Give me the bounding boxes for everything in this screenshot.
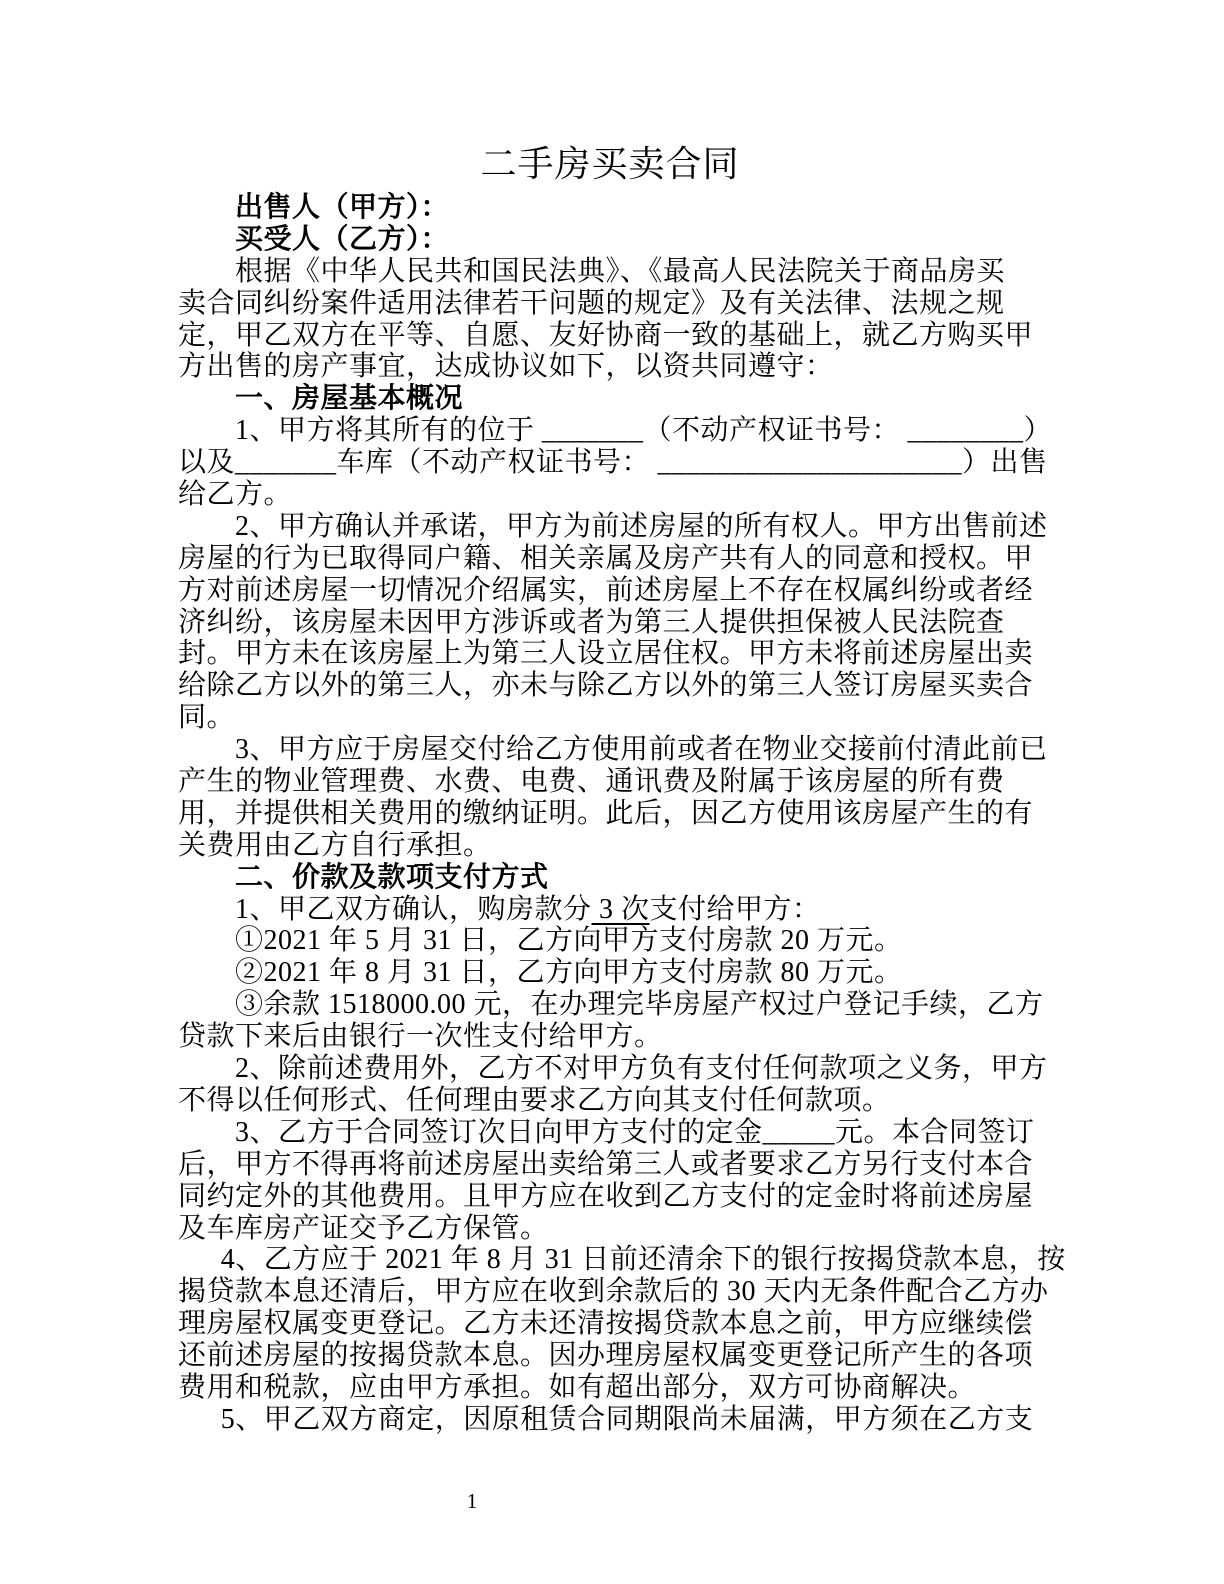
text-run: 方出售的房产事宜，达成协议如下，以资共同遵守： bbox=[178, 351, 834, 382]
text-run: 济纠纷，该房屋未因甲方涉诉或者为第三人提供担保被人民法院查 bbox=[178, 607, 1005, 638]
contract-document-page: 二手房买卖合同 出售人（甲方）：买受人（乙方）：根据《中华人民共和国民法典》、《… bbox=[0, 0, 1224, 1584]
text-run: 给除乙方以外的第三人，亦未与除乙方以外的第三人签订房屋买卖合 bbox=[178, 670, 1033, 701]
doc-line: 给乙方。 bbox=[178, 479, 1058, 511]
text-run: 同约定外的其他费用。且甲方应在收到乙方支付的定金时将前述房屋 bbox=[178, 1181, 1033, 1212]
text-run: 4、乙方应于 2021 年 8 月 31 日前还清余下的银行按揭贷款本息，按 bbox=[221, 1244, 1066, 1275]
text-run: ①2021 年 5 月 31 日，乙方向甲方支付房款 20 万元。 bbox=[235, 925, 903, 956]
text-run: 关费用由乙方自行承担。 bbox=[178, 830, 492, 861]
doc-line: 费用和税款，应由甲方承担。如有超出部分，双方可协商解决。 bbox=[178, 1372, 1058, 1404]
doc-line: 济纠纷，该房屋未因甲方涉诉或者为第三人提供担保被人民法院查 bbox=[178, 607, 1058, 639]
page-title: 二手房买卖合同 bbox=[178, 142, 1042, 186]
doc-line: 理房屋权属变更登记。乙方未还清按揭贷款本息之前，甲方应继续偿 bbox=[178, 1308, 1058, 1340]
doc-line: 3、乙方于合同签订次日向甲方支付的定金_____元。本合同签订 bbox=[178, 1117, 1058, 1149]
text-run: 2、除前述费用外，乙方不对甲方负有支付任何款项之义务，甲方 bbox=[235, 1053, 1048, 1084]
doc-line: 定，甲乙双方在平等、自愿、友好协商一致的基础上，就乙方购买甲 bbox=[178, 320, 1058, 352]
text-run: ③余款 1518000.00 元，在办理完毕房屋产权过户登记手续，乙方 bbox=[235, 989, 1044, 1020]
doc-line: 二、价款及款项支付方式 bbox=[178, 862, 1058, 894]
text-run: 揭贷款本息还清后，甲方应在收到余款后的 30 天内无条件配合乙方办 bbox=[178, 1276, 1049, 1307]
doc-line: 后，甲方不得再将前述房屋出卖给第三人或者要求乙方另行支付本合 bbox=[178, 1149, 1058, 1181]
doc-line: 一、房屋基本概况 bbox=[178, 383, 1058, 415]
text-run: 不得以任何形式、任何理由要求乙方向其支付任何款项。 bbox=[178, 1085, 891, 1116]
text-run: 3、乙方于合同签订次日向甲方支付的定金_____元。本合同签订 bbox=[235, 1117, 1035, 1148]
text-run: 方对前述房屋一切情况介绍属实，前述房屋上不存在权属纠纷或者经 bbox=[178, 575, 1033, 606]
doc-line: 4、乙方应于 2021 年 8 月 31 日前还清余下的银行按揭贷款本息，按 bbox=[178, 1244, 1058, 1276]
doc-line: 同。 bbox=[178, 702, 1058, 734]
doc-line: 卖合同纠纷案件适用法律若干问题的规定》及有关法律、法规之规 bbox=[178, 288, 1058, 320]
doc-line: 关费用由乙方自行承担。 bbox=[178, 830, 1058, 862]
text-run: 二、价款及款项支付方式 bbox=[235, 862, 549, 893]
doc-line: 用，并提供相关费用的缴纳证明。此后，因乙方使用该房屋产生的有 bbox=[178, 798, 1058, 830]
doc-line: 以及_______车库（不动产权证书号： ___________________… bbox=[178, 447, 1058, 479]
doc-line: 房屋的行为已取得同户籍、相关亲属及房产共有人的同意和授权。甲 bbox=[178, 543, 1058, 575]
doc-line: 及车库房产证交予乙方保管。 bbox=[178, 1213, 1058, 1245]
text-run: 出售人（甲方）： bbox=[235, 192, 449, 223]
text-run: 2、甲方确认并承诺，甲方为前述房屋的所有权人。甲方出售前述 bbox=[235, 511, 1048, 542]
text-run: 封。甲方未在该房屋上为第三人设立居住权。甲方未将前述房屋出卖 bbox=[178, 638, 1033, 669]
text-run: 产生的物业管理费、水费、电费、通讯费及附属于该房屋的所有费 bbox=[178, 766, 1005, 797]
doc-line: 买受人（乙方）： bbox=[178, 224, 1058, 256]
doc-line: 出售人（甲方）： bbox=[178, 192, 1058, 224]
text-run: 贷款下来后由银行一次性支付给甲方。 bbox=[178, 1021, 663, 1052]
text-run: 费用和税款，应由甲方承担。如有超出部分，双方可协商解决。 bbox=[178, 1372, 976, 1403]
text-run: 支付给甲方： bbox=[650, 894, 821, 925]
text-run: 用，并提供相关费用的缴纳证明。此后，因乙方使用该房屋产生的有 bbox=[178, 798, 1033, 829]
text-run: 根据《中华人民共和国民法典》、《最高人民法院关于商品房买 bbox=[235, 256, 1005, 287]
text-run: 同。 bbox=[178, 702, 235, 733]
text-run: 还前述房屋的按揭贷款本息。因办理房屋权属变更登记所产生的各项 bbox=[178, 1340, 1033, 1371]
text-run: 1、甲乙双方确认，购房款分 bbox=[235, 894, 592, 925]
text-run: 及车库房产证交予乙方保管。 bbox=[178, 1213, 549, 1244]
doc-line: 方出售的房产事宜，达成协议如下，以资共同遵守： bbox=[178, 351, 1058, 383]
doc-line: ①2021 年 5 月 31 日，乙方向甲方支付房款 20 万元。 bbox=[178, 925, 1058, 957]
text-run: 一、房屋基本概况 bbox=[235, 383, 463, 414]
doc-line: 同约定外的其他费用。且甲方应在收到乙方支付的定金时将前述房屋 bbox=[178, 1181, 1058, 1213]
text-run: 买受人（乙方）： bbox=[235, 224, 449, 255]
doc-line: 方对前述房屋一切情况介绍属实，前述房屋上不存在权属纠纷或者经 bbox=[178, 575, 1058, 607]
doc-line: 还前述房屋的按揭贷款本息。因办理房屋权属变更登记所产生的各项 bbox=[178, 1340, 1058, 1372]
text-run: 5、甲乙双方商定，因原租赁合同期限尚未届满，甲方须在乙方支 bbox=[221, 1404, 1034, 1435]
page-number: 1 bbox=[450, 1488, 494, 1514]
text-run: ②2021 年 8 月 31 日，乙方向甲方支付房款 80 万元。 bbox=[235, 957, 903, 988]
doc-line: 揭贷款本息还清后，甲方应在收到余款后的 30 天内无条件配合乙方办 bbox=[178, 1276, 1058, 1308]
text-run: 房屋的行为已取得同户籍、相关亲属及房产共有人的同意和授权。甲 bbox=[178, 543, 1033, 574]
text-run: 卖合同纠纷案件适用法律若干问题的规定》及有关法律、法规之规 bbox=[178, 288, 1005, 319]
text-run: 定，甲乙双方在平等、自愿、友好协商一致的基础上，就乙方购买甲 bbox=[178, 320, 1033, 351]
doc-line: 3、甲方应于房屋交付给乙方使用前或者在物业交接前付清此前已 bbox=[178, 734, 1058, 766]
doc-line: 产生的物业管理费、水费、电费、通讯费及附属于该房屋的所有费 bbox=[178, 766, 1058, 798]
doc-line: 5、甲乙双方商定，因原租赁合同期限尚未届满，甲方须在乙方支 bbox=[178, 1404, 1058, 1436]
text-run: 1、甲方将其所有的位于 _______（不动产权证书号： ________） bbox=[235, 415, 1052, 446]
doc-line: 1、甲方将其所有的位于 _______（不动产权证书号： ________） bbox=[178, 415, 1058, 447]
text-run: 给乙方。 bbox=[178, 479, 292, 510]
text-run: 理房屋权属变更登记。乙方未还清按揭贷款本息之前，甲方应继续偿 bbox=[178, 1308, 1033, 1339]
text-run: 3、甲方应于房屋交付给乙方使用前或者在物业交接前付清此前已 bbox=[235, 734, 1048, 765]
doc-line: 根据《中华人民共和国民法典》、《最高人民法院关于商品房买 bbox=[178, 256, 1058, 288]
doc-line: ②2021 年 8 月 31 日，乙方向甲方支付房款 80 万元。 bbox=[178, 957, 1058, 989]
text-run: 后，甲方不得再将前述房屋出卖给第三人或者要求乙方另行支付本合 bbox=[178, 1149, 1033, 1180]
doc-line: 2、除前述费用外，乙方不对甲方负有支付任何款项之义务，甲方 bbox=[178, 1053, 1058, 1085]
doc-line: ③余款 1518000.00 元，在办理完毕房屋产权过户登记手续，乙方 bbox=[178, 989, 1058, 1021]
underlined-text: 3 次 bbox=[592, 894, 650, 925]
doc-line: 不得以任何形式、任何理由要求乙方向其支付任何款项。 bbox=[178, 1085, 1058, 1117]
doc-line: 贷款下来后由银行一次性支付给甲方。 bbox=[178, 1021, 1058, 1053]
doc-line: 1、甲乙双方确认，购房款分 3 次支付给甲方： bbox=[178, 894, 1058, 926]
document-body: 出售人（甲方）：买受人（乙方）：根据《中华人民共和国民法典》、《最高人民法院关于… bbox=[178, 192, 1058, 1436]
doc-line: 封。甲方未在该房屋上为第三人设立居住权。甲方未将前述房屋出卖 bbox=[178, 638, 1058, 670]
doc-line: 2、甲方确认并承诺，甲方为前述房屋的所有权人。甲方出售前述 bbox=[178, 511, 1058, 543]
text-run: 以及_______车库（不动产权证书号： ___________________… bbox=[178, 447, 1048, 478]
doc-line: 给除乙方以外的第三人，亦未与除乙方以外的第三人签订房屋买卖合 bbox=[178, 670, 1058, 702]
